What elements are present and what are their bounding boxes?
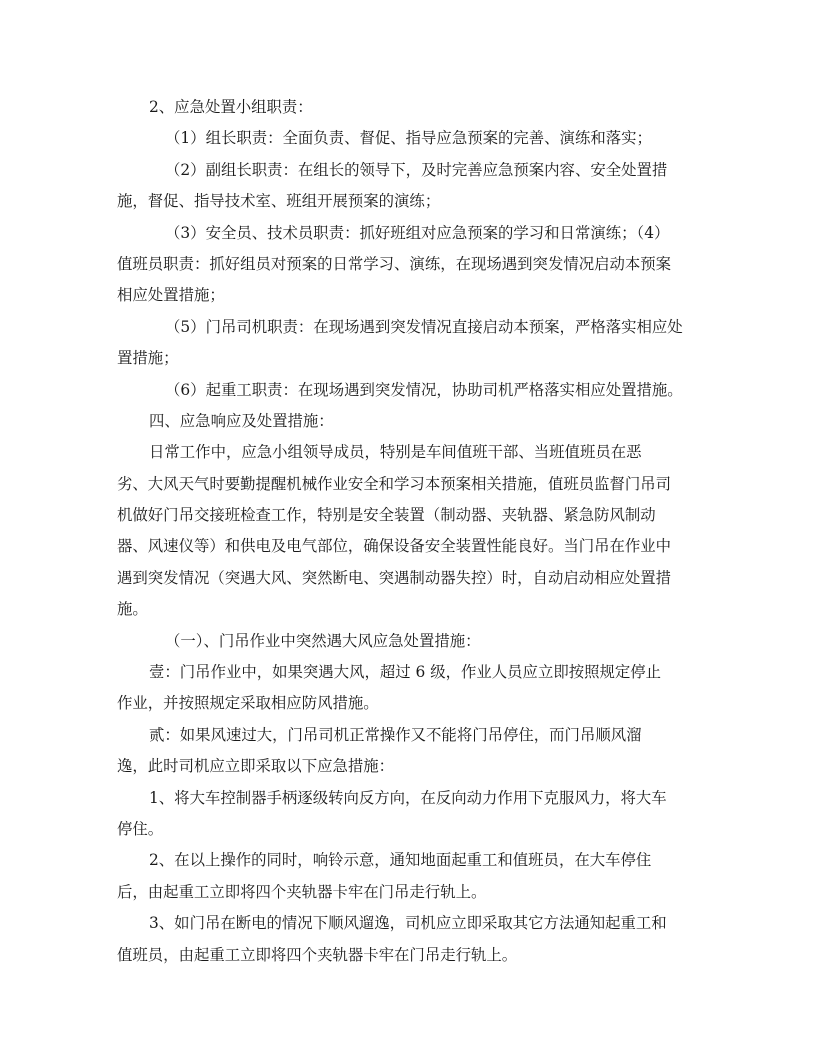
text-line-paragraph: 器、风速仪等）和供电及电气部位，确保设备安全装置性能良好。当门吊在作业中 (117, 531, 697, 562)
text-line-duty-5: （5）门吊司机职责：在现场遇到突发情况直接启动本预案，严格落实相应处 (117, 312, 697, 343)
text-line-paragraph: 机做好门吊交接班检查工作，特别是安全装置（制动器、夹轨器、紧急防风制动 (117, 500, 697, 531)
text-line-subsection-heading-1: （一）、门吊作业中突然遇大风应急处置措施： (117, 626, 697, 657)
text-line-duty-2: （2）副组长职责：在组长的领导下，及时完善应急预案内容、安全处置措 (117, 155, 697, 186)
text-line-duty-2-cont: 施，督促、指导技术室、班组开展预案的演练； (117, 186, 697, 217)
text-line-duty-4: 值班员职责：抓好组员对预案的日常学习、演练，在现场遇到突发情况启动本预案 (117, 249, 697, 280)
text-line-paragraph: 施。 (117, 594, 697, 625)
text-line-step-3: 3、如门吊在断电的情况下顺风遛逸，司机应立即采取其它方法通知起重工和 (117, 908, 697, 939)
text-line-duty-3: （3）安全员、技术员职责：抓好班组对应急预案的学习和日常演练；（4） (117, 218, 697, 249)
text-line-step-1-cont: 停住。 (117, 814, 697, 845)
text-line-duty-4-cont: 相应处置措施； (117, 280, 697, 311)
text-line-step-2-cont: 后，由起重工立即将四个夹轨器卡牢在门吊走行轨上。 (117, 877, 697, 908)
document-page: 2、应急处置小组职责： （1）组长职责：全面负责、督促、指导应急预案的完善、演练… (0, 0, 816, 1056)
text-line-paragraph: 日常工作中，应急小组领导成员，特别是车间值班干部、当班值班员在恶 (117, 437, 697, 468)
text-line-step-3-cont: 值班员，由起重工立即将四个夹轨器卡牢在门吊走行轨上。 (117, 940, 697, 971)
text-line-paragraph: 劣、大风天气时要勤提醒机械作业安全和学习本预案相关措施，值班员监督门吊司 (117, 469, 697, 500)
text-line-section-heading-2: 2、应急处置小组职责： (117, 92, 697, 123)
document-body: 2、应急处置小组职责： （1）组长职责：全面负责、督促、指导应急预案的完善、演练… (117, 92, 697, 971)
text-line-step-1: 1、将大车控制器手柄逐级转向反方向，在反向动力作用下克服风力，将大车 (117, 783, 697, 814)
text-line-step-2: 2、在以上操作的同时，响铃示意，通知地面起重工和值班员，在大车停住 (117, 845, 697, 876)
text-line-section-heading-4: 四、应急响应及处置措施： (117, 406, 697, 437)
text-line-duty-5-cont: 置措施； (117, 343, 697, 374)
text-line-item-2-cont: 逸，此时司机应立即采取以下应急措施： (117, 751, 697, 782)
text-line-item-1: 壹：门吊作业中，如果突遇大风，超过 6 级，作业人员应立即按照规定停止 (117, 657, 697, 688)
text-line-item-2: 贰：如果风速过大，门吊司机正常操作又不能将门吊停住，而门吊顺风溜 (117, 720, 697, 751)
text-line-paragraph: 遇到突发情况（突遇大风、突然断电、突遇制动器失控）时，自动启动相应处置措 (117, 563, 697, 594)
text-line-duty-1: （1）组长职责：全面负责、督促、指导应急预案的完善、演练和落实； (117, 123, 697, 154)
text-line-item-1-cont: 作业，并按照规定采取相应防风措施。 (117, 688, 697, 719)
text-line-duty-6: （6）起重工职责：在现场遇到突发情况，协助司机严格落实相应处置措施。 (117, 375, 697, 406)
